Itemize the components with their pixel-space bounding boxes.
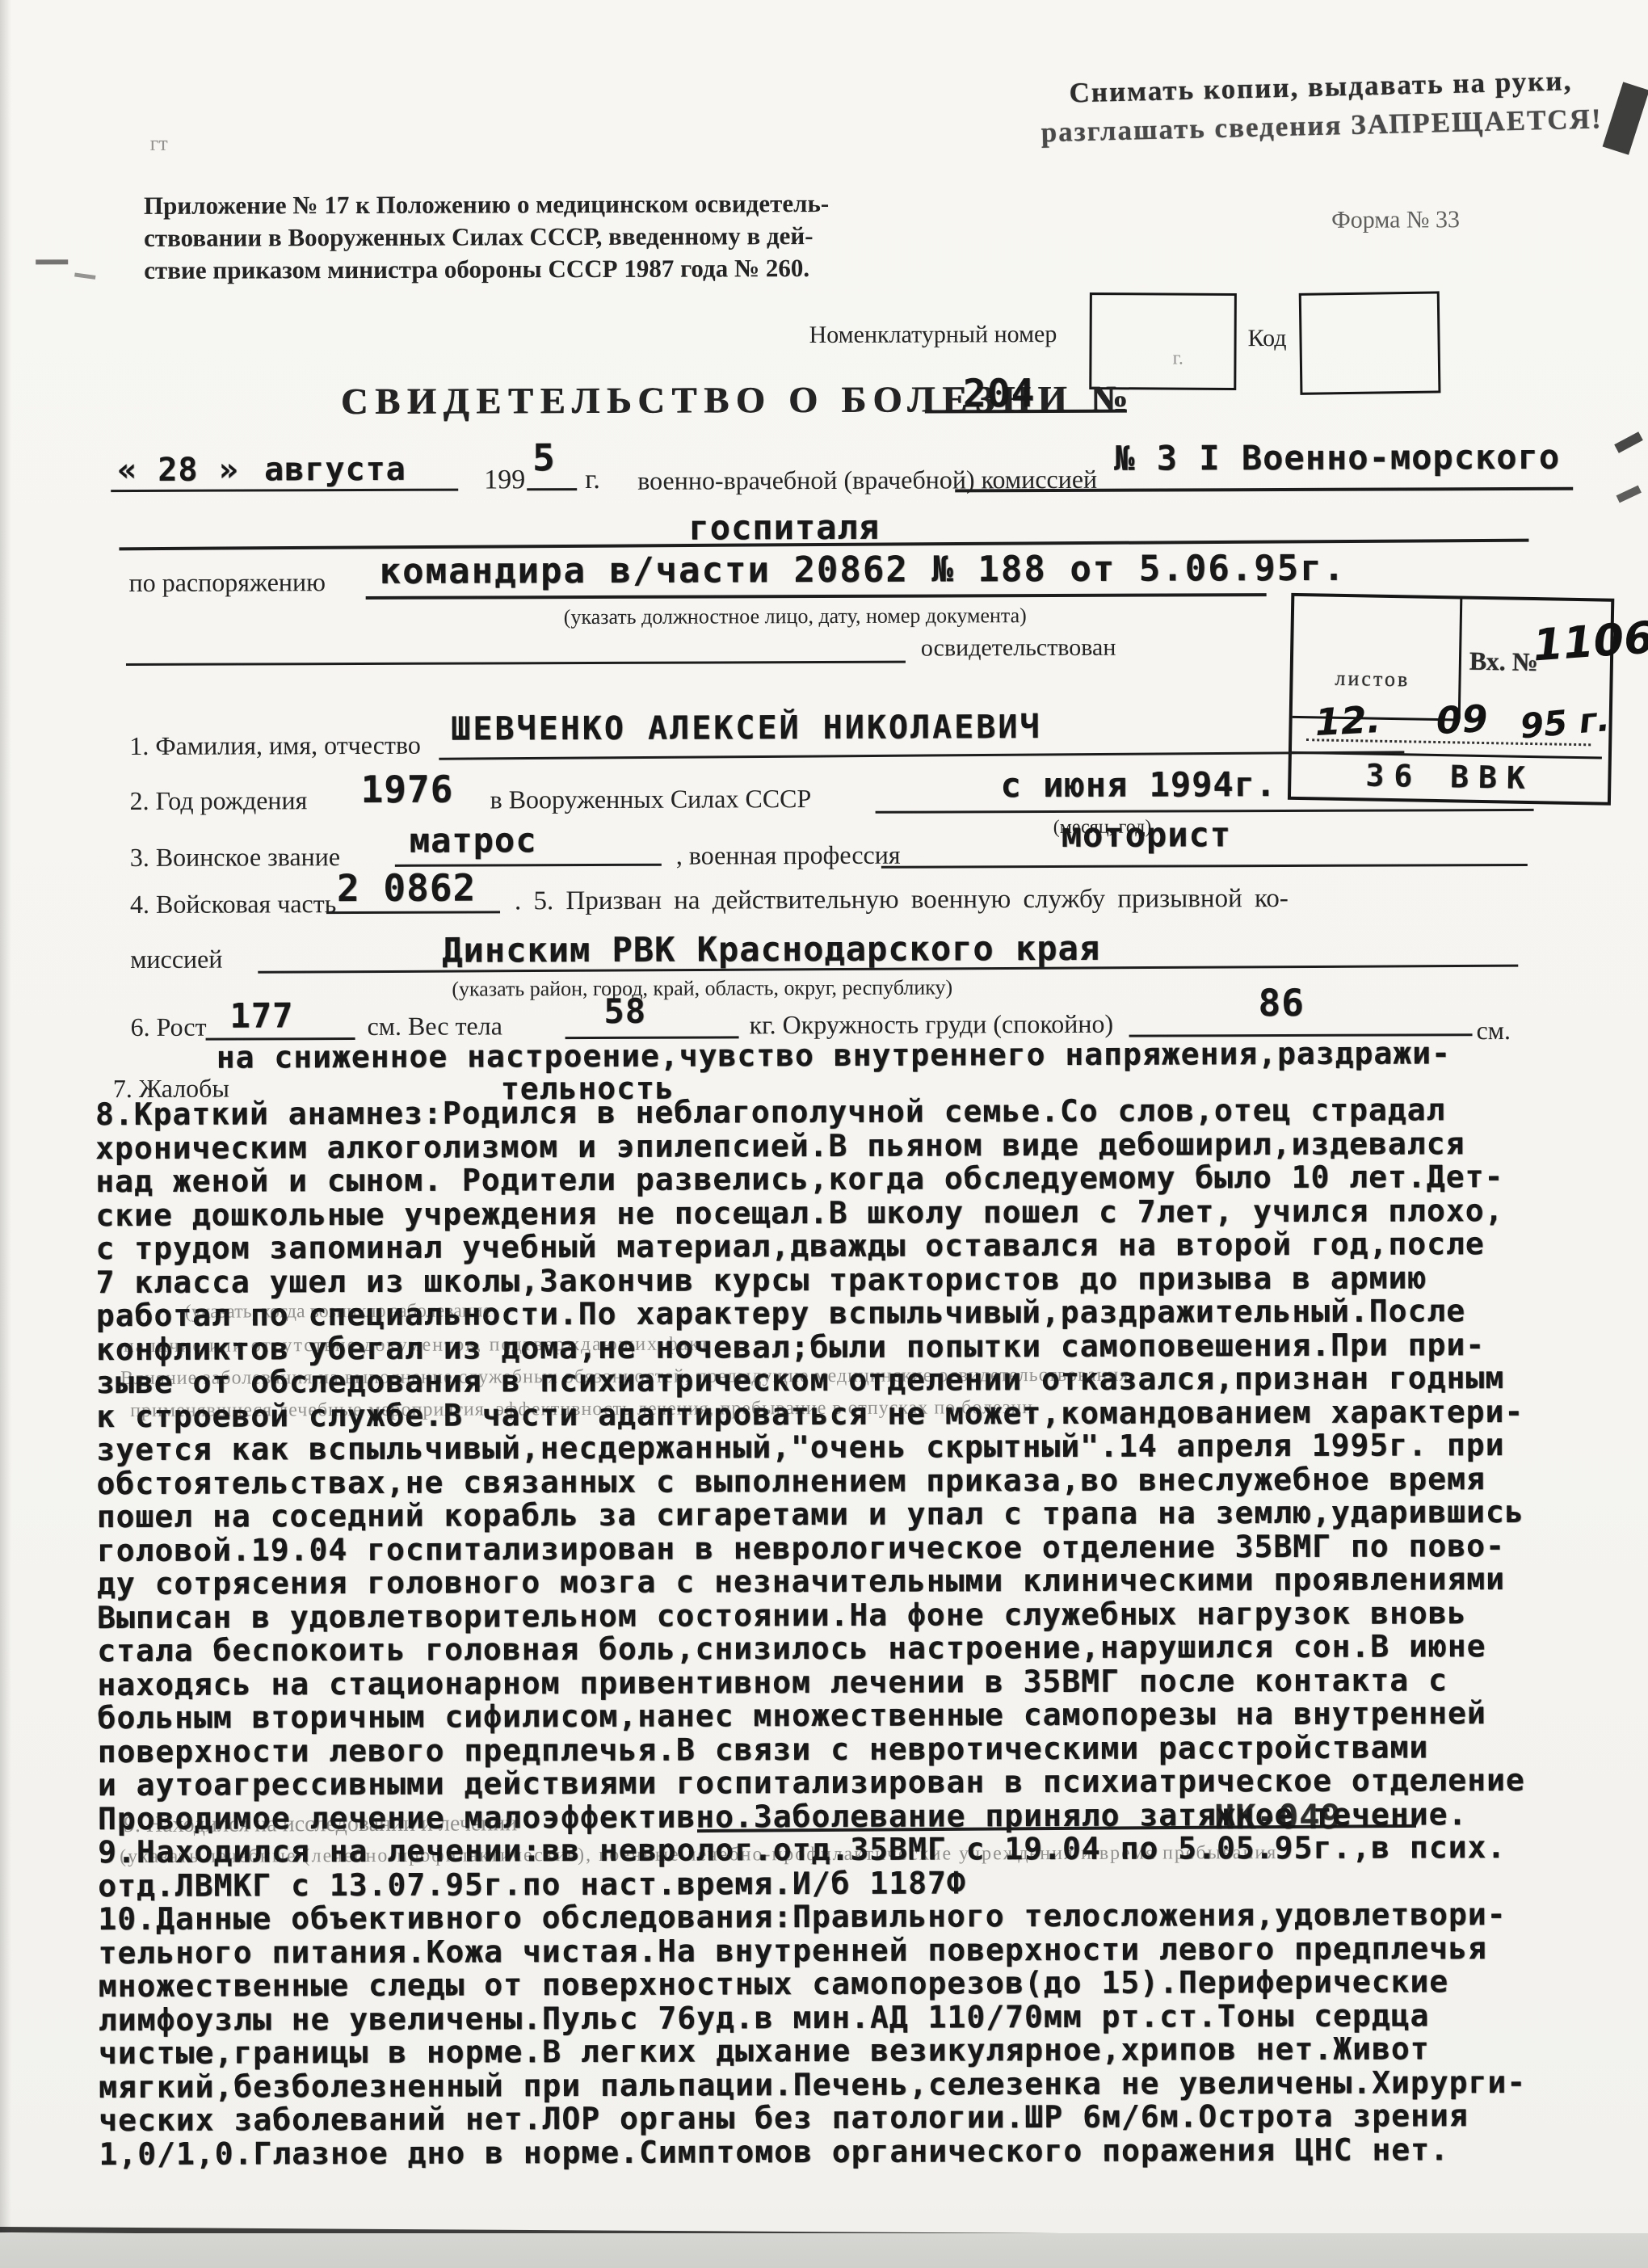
nomenclature-label: Номенклатурный номер (809, 321, 1057, 349)
appendix-line2: ствовании в Вооруженных Силах СССР, введ… (144, 220, 875, 255)
field-service-label: в Вооруженных Силах СССР (490, 784, 811, 814)
field-unit-value: 2 0862 (337, 866, 476, 911)
underline-title-number (925, 410, 1127, 414)
field-service-value: с июня 1994г. (1000, 764, 1276, 805)
stamp-inbox-number: 1106 (1531, 612, 1648, 671)
date-month: августа (264, 451, 406, 489)
appendix-reference: Приложение № 17 к Положению о медицинско… (144, 187, 875, 287)
underline-name (439, 751, 1404, 760)
underline-examined (126, 661, 906, 666)
stamp-inbox-label: Вх. № (1469, 646, 1539, 677)
field-chest-value: 86 (1258, 981, 1305, 1025)
hospital-value: госпиталя (688, 507, 880, 548)
order-label: по распоряжению (129, 567, 326, 598)
restriction-stamp: Снимать копии, выдавать на руки, разглаш… (994, 63, 1648, 150)
nomenclature-box-mark: г. (1173, 347, 1183, 369)
scan-artifact-pen-mark: гт (150, 132, 168, 156)
field-rank-label: 3. Воинское звание (130, 842, 340, 873)
stamp-sheets-label: листов (1335, 667, 1410, 692)
field-profession-value: моторист (1062, 814, 1231, 855)
date-year-printed: 199 (484, 465, 525, 495)
document-sheet: Снимать копии, выдавать на руки, разглаш… (0, 0, 1648, 2268)
field-rank-value: матрос (410, 820, 537, 860)
stamp-date-year: 95 г. (1519, 699, 1612, 746)
underline-order (366, 593, 1267, 600)
field-complaints-line1: на сниженное настроение,чувство внутренн… (217, 1035, 1451, 1075)
body-text: 8.Краткий анамнез:Родился в неблагополуч… (95, 1093, 1527, 2171)
field-name-label: 1. Фамилия, имя, отчество (129, 730, 421, 761)
body-line: 9.Находился на лечении:вв невролог.отд.3… (98, 1831, 1525, 1870)
appendix-line3: ствие приказом министра обороны СССР 198… (144, 252, 875, 287)
field-birth-year: 1976 (360, 768, 453, 811)
field-draft-text: . 5. Призван на действительную военную с… (515, 884, 1289, 916)
underline-date (111, 489, 458, 493)
appendix-line1: Приложение № 17 к Положению о медицинско… (144, 187, 875, 222)
field-profession-label: , военная профессия (676, 840, 901, 871)
field-weight-value: 58 (603, 991, 646, 1031)
field-name-value: ШЕВЧЕНКО АЛЕКСЕЙ НИКОЛАЕВИЧ (451, 709, 1041, 748)
scanner-background-strip (0, 2233, 1648, 2268)
field-commission-value: Динским РВК Краснодарского края (442, 928, 1100, 970)
commission-unit-value: № 3 I Военно-морского (1114, 437, 1560, 478)
stamp-unit: 36 ВВК (1365, 757, 1535, 796)
date-year-suffix: г. (585, 465, 600, 495)
scan-artifact-dash2 (74, 272, 95, 279)
restriction-stamp-line2: разглашать сведения ЗАПРЕЩАЕТСЯ! (994, 102, 1648, 150)
date-year-typed: 5 (532, 436, 556, 479)
underline-unit (326, 911, 500, 914)
nomenclature-box (1089, 292, 1237, 390)
underline-profession (881, 864, 1528, 869)
field-weight-label: см. Вес тела (367, 1011, 502, 1041)
field-commission-label: миссией (130, 945, 222, 974)
stamp-date-day: 12. (1314, 697, 1381, 744)
underline-service (876, 809, 1534, 814)
date-day: « 28 » (117, 452, 239, 490)
code-box (1299, 291, 1441, 394)
field-height-label: 6. Рост (130, 1012, 206, 1042)
code-label: Код (1248, 325, 1287, 352)
examined-label: освидетельствован (921, 634, 1116, 663)
field-chest-unit: см. (1476, 1016, 1511, 1046)
field-birth-label: 2. Год рождения (129, 785, 307, 816)
scanned-document-page: Снимать копии, выдавать на руки, разглаш… (0, 0, 1648, 2268)
field-unit-label: 4. Войсковая часть (130, 889, 336, 919)
field-commission-hint: (указать район, город, край, область, ок… (452, 975, 952, 1001)
order-hint: (указать должностное лицо, дату, номер д… (564, 604, 1027, 629)
underline-year (527, 488, 577, 490)
registration-stamp: листов Вх. № 1106 12. 09 95 г. 36 ВВК (1288, 593, 1614, 806)
scan-artifact-dash1 (36, 259, 68, 264)
field-height-value: 177 (229, 995, 293, 1035)
form-number: Форма № 33 (1331, 206, 1460, 234)
field-chest-label: кг. Окружность груди (спокойно) (749, 1009, 1113, 1041)
stamp-date-month: 09 (1435, 696, 1489, 743)
scan-artifact-mark1 (1614, 431, 1643, 453)
order-value: командира в/части 20862 № 188 от 5.06.95… (379, 548, 1346, 592)
scan-artifact-mark2 (1616, 486, 1642, 503)
body-line: 1,0/1,0.Глазное дно в норме.Симптомов ор… (99, 2132, 1526, 2171)
